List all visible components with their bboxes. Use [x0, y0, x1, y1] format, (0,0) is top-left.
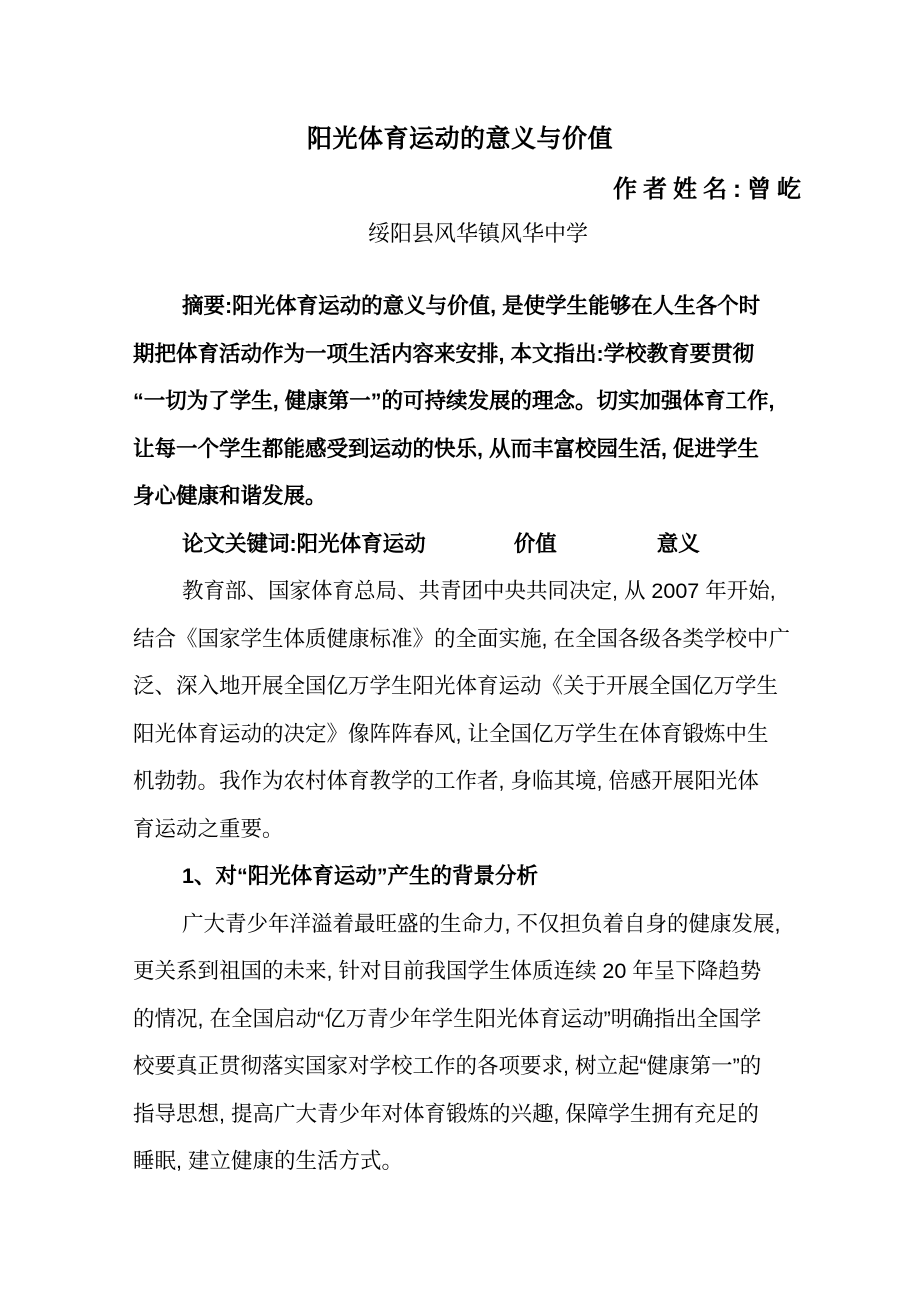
- keyword-term: 价值: [514, 532, 557, 556]
- text-line: 广大青少年洋溢着最旺盛的生命力, 不仅担负着自身的健康发展,: [133, 901, 781, 949]
- body-paragraph-2: 广大青少年洋溢着最旺盛的生命力, 不仅担负着自身的健康发展,更关系到祖国的未来,…: [133, 901, 781, 1186]
- section-heading-1: 1、对“阳光体育运动”产生的背景分析: [133, 853, 781, 901]
- keyword-term: 阳光体育运动: [297, 532, 426, 556]
- text-line: 身心健康和谐发展。: [133, 473, 781, 521]
- text-line: 摘要:阳光体育运动的意义与价值, 是使学生能够在人生各个时: [133, 283, 781, 331]
- text-line: 更关系到祖国的未来, 针对目前我国学生体质连续 20 年呈下降趋势: [133, 948, 781, 996]
- abstract-paragraph: 摘要:阳光体育运动的意义与价值, 是使学生能够在人生各个时期把体育活动作为一项生…: [133, 283, 781, 521]
- document-body: 摘要:阳光体育运动的意义与价值, 是使学生能够在人生各个时期把体育活动作为一项生…: [133, 283, 781, 1186]
- text-line: 期把体育活动作为一项生活内容来安排, 本文指出:学校教育要贯彻: [133, 331, 781, 379]
- text-line: 阳光体育运动的决定》像阵阵春风, 让全国亿万学生在体育锻炼中生: [133, 711, 781, 759]
- text-line: 结合《国家学生体质健康标准》的全面实施, 在全国各级各类学校中广: [133, 616, 781, 664]
- text-line: 睡眠, 建立健康的生活方式。: [133, 1138, 781, 1186]
- keywords-label: 论文关键词:: [182, 532, 297, 556]
- keyword-term: 意义: [657, 532, 700, 556]
- text-line: 育运动之重要。: [133, 806, 781, 854]
- text-line: 指导思想, 提高广大青少年对体育锻炼的兴趣, 保障学生拥有充足的: [133, 1091, 781, 1139]
- document-title: 阳光体育运动的意义与价值: [0, 119, 920, 155]
- affiliation-line: 绥阳县风华镇风华中学: [368, 217, 588, 248]
- text-line: “一切为了学生, 健康第一”的可持续发展的理念。切实加强体育工作,: [133, 378, 781, 426]
- body-paragraph-1: 教育部、国家体育总局、共青团中央共同决定, 从 2007 年开始,结合《国家学生…: [133, 568, 781, 853]
- text-line: 1、对“阳光体育运动”产生的背景分析: [133, 853, 781, 901]
- document-page: 阳光体育运动的意义与价值 作者姓名:曾屹 绥阳县风华镇风华中学 摘要:阳光体育运…: [0, 0, 920, 1302]
- text-line: 机勃勃。我作为农村体育教学的工作者, 身临其境, 倍感开展阳光体: [133, 758, 781, 806]
- text-line: 的情况, 在全国启动“亿万青少年学生阳光体育运动”明确指出全国学: [133, 996, 781, 1044]
- text-line: 让每一个学生都能感受到运动的快乐, 从而丰富校园生活, 促进学生: [133, 426, 781, 474]
- text-line: 校要真正贯彻落实国家对学校工作的各项要求, 树立起“健康第一”的: [133, 1043, 781, 1091]
- keywords-line: 论文关键词:阳光体育运动价值意义: [133, 521, 781, 569]
- text-line: 泛、深入地开展全国亿万学生阳光体育运动《关于开展全国亿万学生: [133, 663, 781, 711]
- text-line: 教育部、国家体育总局、共青团中央共同决定, 从 2007 年开始,: [133, 568, 781, 616]
- author-name-line: 作者姓名:曾屹: [613, 169, 807, 204]
